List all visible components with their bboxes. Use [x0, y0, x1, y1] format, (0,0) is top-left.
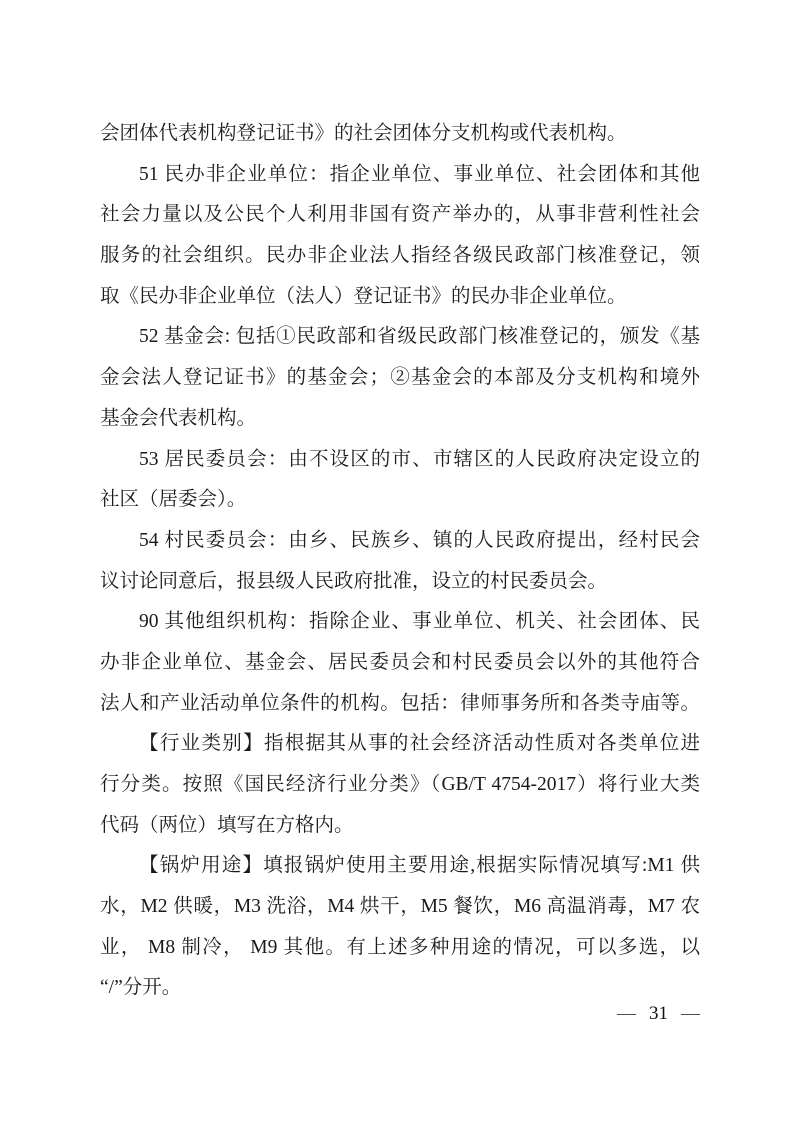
text-line: 54 村民委员会：由乡、民族乡、镇的人民政府提出，经村民会: [100, 521, 700, 562]
text-line: 代码（两位）填写在方格内。: [100, 806, 700, 847]
page-footer: — 31 —: [617, 1002, 700, 1026]
document-page: 会团体代表机构登记证书》的社会团体分支机构或代表机构。51 民办非企业单位：指企…: [0, 0, 800, 1131]
text-line: 服务的社会组织。民办非企业法人指经各级民政部门核准登记，领: [100, 236, 700, 277]
text-line: 【行业类别】指根据其从事的社会经济活动性质对各类单位进: [100, 724, 700, 765]
page-number: 31: [649, 1002, 668, 1026]
text-line: “/”分开。: [100, 968, 700, 1009]
text-line: 【锅炉用途】填报锅炉使用主要用途,根据实际情况填写:M1 供: [100, 846, 700, 887]
text-line: 行分类。按照《国民经济行业分类》（GB/T 4754-2017）将行业大类: [100, 765, 700, 806]
text-line: 会团体代表机构登记证书》的社会团体分支机构或代表机构。: [100, 114, 700, 155]
text-line: 法人和产业活动单位条件的机构。包括：律师事务所和各类寺庙等。: [100, 684, 700, 725]
text-line: 办非企业单位、基金会、居民委员会和村民委员会以外的其他符合: [100, 643, 700, 684]
text-line: 水，M2 供暖，M3 洗浴，M4 烘干，M5 餐饮，M6 高温消毒，M7 农: [100, 887, 700, 928]
text-line: 基金会代表机构。: [100, 399, 700, 440]
text-line: 取《民办非企业单位（法人）登记证书》的民办非企业单位。: [100, 277, 700, 318]
document-body: 会团体代表机构登记证书》的社会团体分支机构或代表机构。51 民办非企业单位：指企…: [100, 114, 700, 1009]
text-line: 90 其他组织机构：指除企业、事业单位、机关、社会团体、民: [100, 602, 700, 643]
text-line: 51 民办非企业单位：指企业单位、事业单位、社会团体和其他: [100, 155, 700, 196]
text-line: 52 基金会: 包括①民政部和省级民政部门核准登记的，颁发《基: [100, 317, 700, 358]
text-line: 议讨论同意后，报县级人民政府批准，设立的村民委员会。: [100, 562, 700, 603]
text-line: 金会法人登记证书》的基金会；②基金会的本部及分支机构和境外: [100, 358, 700, 399]
footer-dash-left: —: [617, 1002, 636, 1026]
text-line: 业， M8 制冷， M9 其他。有上述多种用途的情况，可以多选，以: [100, 928, 700, 969]
text-line: 53 居民委员会：由不设区的市、市辖区的人民政府决定设立的: [100, 440, 700, 481]
text-line: 社会力量以及公民个人利用非国有资产举办的，从事非营利性社会: [100, 195, 700, 236]
text-line: 社区（居委会）。: [100, 480, 700, 521]
footer-dash-right: —: [681, 1002, 700, 1026]
